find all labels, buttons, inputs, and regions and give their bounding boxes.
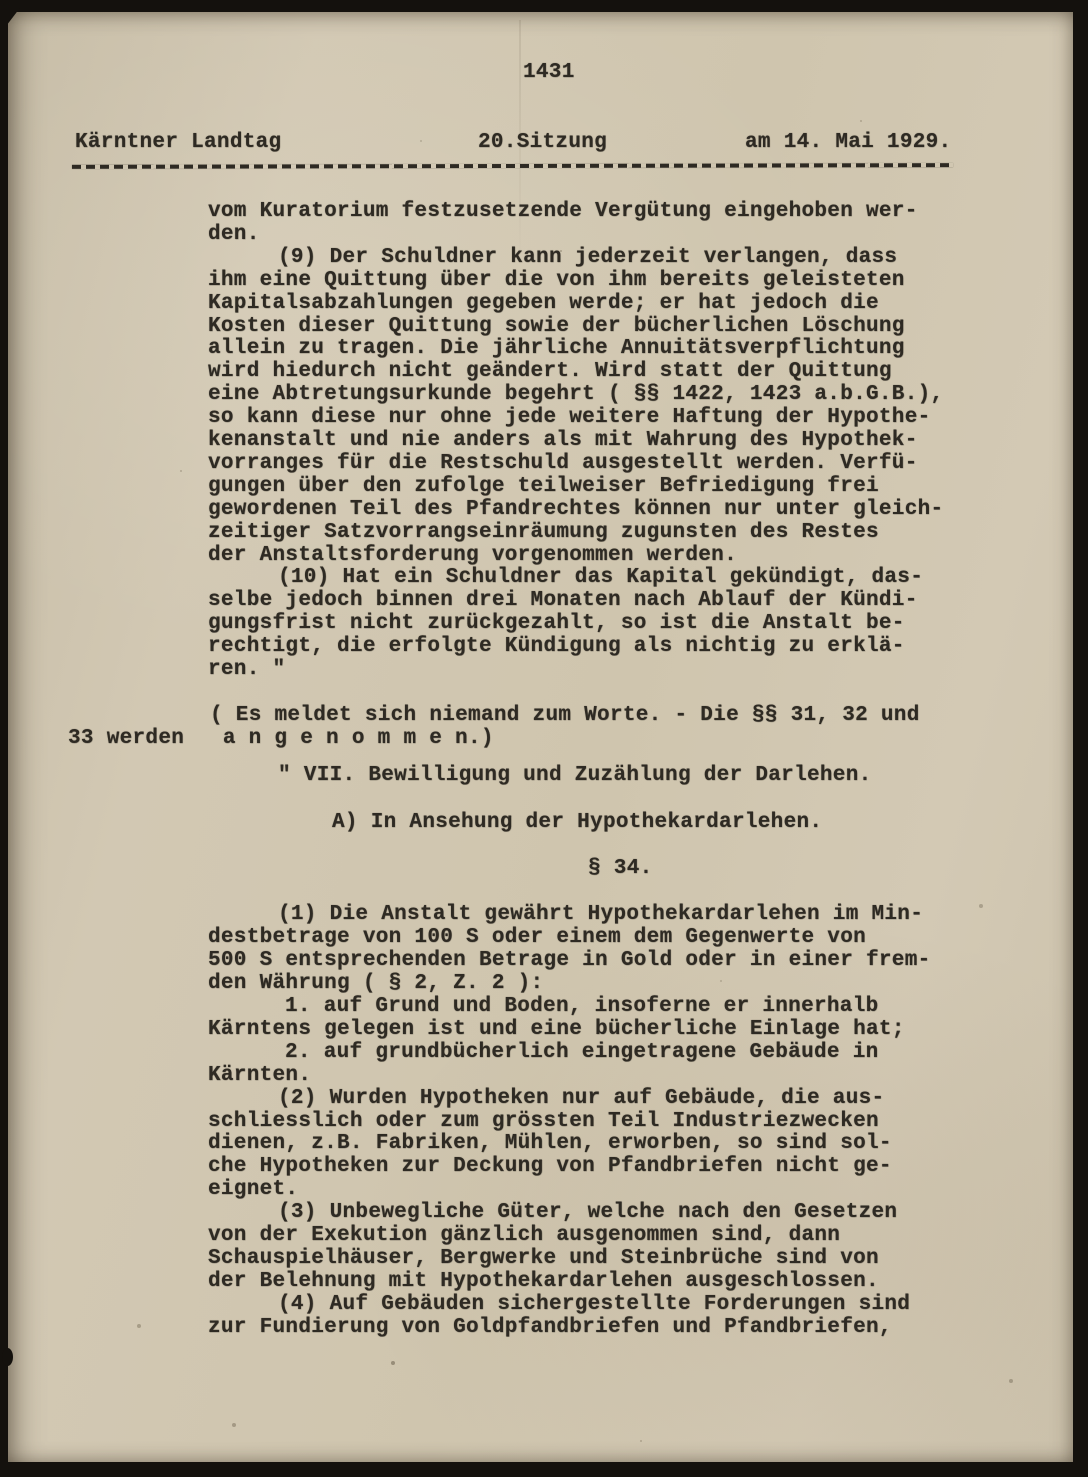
typed-text-line: 1. auf Grund und Boden, insoferne er inn… [285, 995, 879, 1018]
typed-text-line: gungen über den zufolge teilweiser Befri… [208, 475, 879, 498]
scan-edge-artifact [2, 1348, 13, 1366]
typed-text-line: che Hypotheken zur Deckung von Pfandbrie… [208, 1155, 892, 1178]
typed-text-line: zeitiger Satzvorrangseinräumung zugunste… [208, 521, 879, 544]
typed-text-line: kenanstalt und nie anders als mit Wahrun… [208, 429, 918, 452]
typed-text-line: selbe jedoch binnen drei Monaten nach Ab… [208, 589, 918, 612]
typed-text-line: ren. " [208, 658, 285, 681]
typed-text-line: destbetrage von 100 S oder einem dem Geg… [208, 926, 866, 949]
typed-text-line: rechtigt, die erfolgte Kündigung als nic… [208, 635, 905, 658]
typed-text-line: 2. auf grundbücherlich eingetragene Gebä… [285, 1041, 879, 1064]
typed-text-line: (3) Unbewegliche Güter, welche nach den … [278, 1201, 897, 1224]
typed-text-line: eignet. [208, 1178, 298, 1201]
typed-text-line: 33 werden a n g e n o m m e n.) [68, 727, 494, 750]
typed-text-line: Kärntens gelegen ist und eine bücherlich… [208, 1018, 905, 1041]
typed-text-line: gewordenen Teil des Pfandrechtes können … [208, 498, 943, 521]
typed-text-line: gungsfrist nicht zurückgezahlt, so ist d… [208, 612, 905, 635]
header-session: 20.Sitzung [478, 131, 607, 154]
typed-text-line: allein zu tragen. Die jährliche Annuität… [208, 337, 905, 360]
typed-text-line: Kosten dieser Quittung sowie der bücherl… [208, 315, 905, 338]
header-date: am 14. Mai 1929. [745, 131, 951, 154]
page-number: 1431 [523, 61, 575, 84]
typed-text-line: der Anstaltsforderung vorgenommen werden… [208, 544, 737, 567]
typed-text-line: so kann diese nur ohne jede weitere Haft… [208, 406, 931, 429]
header-institution: Kärntner Landtag [75, 131, 281, 154]
typed-text-line: Kapitalsabzahlungen gegeben werde; er ha… [208, 292, 879, 315]
typed-text-line: ihm eine Quittung über die von ihm berei… [208, 269, 905, 292]
typed-text-line: (10) Hat ein Schuldner das Kapital gekün… [278, 566, 923, 589]
typed-text-line: 500 S entsprechenden Betrage in Gold ode… [208, 949, 931, 972]
typed-text-line: den Währung ( § 2, Z. 2 ): [208, 972, 543, 995]
typed-text-line: schliesslich oder zum grössten Teil Indu… [208, 1110, 879, 1133]
typed-text-line: Kärnten. [208, 1064, 311, 1087]
typed-text-line: vom Kuratorium festzusetzende Vergütung … [208, 200, 918, 223]
typed-text-line: A) In Ansehung der Hypothekardarlehen. [332, 811, 822, 834]
typed-text-line: " VII. Bewilligung und Zuzählung der Dar… [278, 764, 872, 787]
typed-text-line: (9) Der Schuldner kann jederzeit verlang… [278, 246, 897, 269]
typed-text-line: der Belehnung mit Hypothekardarlehen aus… [208, 1270, 879, 1293]
scan-corner-shadow [0, 0, 26, 34]
typed-text-line: Schauspielhäuser, Bergwerke und Steinbrü… [208, 1247, 879, 1270]
typed-text-line: (2) Wurden Hypotheken nur auf Gebäude, d… [278, 1087, 884, 1110]
typed-text-line: (4) Auf Gebäuden sichergestellte Forderu… [278, 1293, 910, 1316]
typed-text-line: dienen, z.B. Fabriken, Mühlen, erworben,… [208, 1132, 892, 1155]
scanned-document-page: 1431 Kärntner Landtag 20.Sitzung am 14. … [0, 0, 1088, 1477]
typed-text-line: eine Abtretungsurkunde begehrt ( §§ 1422… [208, 383, 943, 406]
typed-text-line: (1) Die Anstalt gewährt Hypothekardarleh… [278, 903, 923, 926]
typed-text-line: den. [208, 223, 260, 246]
typed-text-line: zur Fundierung von Goldpfandbriefen und … [208, 1316, 892, 1339]
typed-text-line: wird hiedurch nicht geändert. Wird statt… [208, 360, 892, 383]
typed-text-line: § 34. [588, 857, 653, 880]
typed-text-line: vorranges für die Restschuld ausgestellt… [208, 452, 918, 475]
typed-text-line: ( Es meldet sich niemand zum Worte. - Di… [210, 704, 920, 727]
typed-text-line: von der Exekution gänzlich ausgenommen s… [208, 1224, 840, 1247]
